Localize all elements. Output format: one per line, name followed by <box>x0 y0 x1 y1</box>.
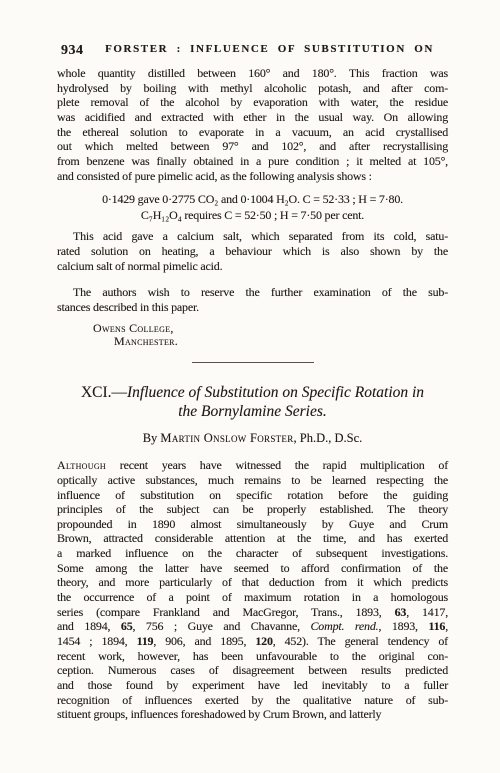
text-line: C₇H₁₂O₄ requires C = 52·50 ; H = 7·50 pe… <box>57 208 448 224</box>
text-line: and consisted of pure pimelic acid, as t… <box>57 169 448 184</box>
text-line: was acidified and extracted with ether i… <box>57 110 448 125</box>
text-line: The authors wish to reserve the further … <box>57 285 448 300</box>
text-segment: recent years have witnessed the rapid mu… <box>106 458 448 472</box>
text-line: Although recent years have witnessed the… <box>57 458 448 473</box>
text-line: recent work, however, has been unfavoura… <box>57 649 448 664</box>
text-segment: ception. Numerous cases of disagreement … <box>57 663 448 677</box>
text-segment: series (compare Frankland and MacGregor,… <box>57 605 395 619</box>
text-line: stances described in this paper. <box>57 300 448 315</box>
text-line: whole quantity distilled between 160° an… <box>57 66 448 81</box>
text-segment: 0·1429 gave 0·2775 CO₂ and 0·1004 H₂O. C… <box>102 192 403 206</box>
text-segment: 63 <box>395 605 407 619</box>
text-segment: the Bornylamine Series. <box>178 403 327 420</box>
text-line: recognition of influences exerted by the… <box>57 693 448 708</box>
text-line: This acid gave a calcium salt, which sep… <box>57 229 448 244</box>
text-line: hydrolysed by boiling with methyl alcoho… <box>57 81 448 96</box>
text-line: the occurrence of a point of maximum rot… <box>57 590 448 605</box>
page-header: 934 FORSTER : INFLUENCE OF SUBSTITUTION … <box>57 43 448 59</box>
text-segment: , 906, and 1895, <box>153 634 255 648</box>
paragraph-authors-note: The authors wish to reserve the further … <box>57 285 448 314</box>
text-segment: the ethereal solution to evaporate in a … <box>57 125 448 139</box>
text-segment: Although <box>57 458 106 472</box>
text-line: Brown, attracted considerable attention … <box>57 531 448 546</box>
text-segment: Compt. rend. <box>311 619 379 633</box>
analysis-block: 0·1429 gave 0·2775 CO₂ and 0·1004 H₂O. C… <box>57 192 448 223</box>
text-segment: recognition of influences exerted by the… <box>57 693 448 707</box>
article-title: XCI.—Influence of Substitution on Specif… <box>57 383 448 421</box>
text-segment: the occurrence of a point of maximum rot… <box>57 590 448 604</box>
text-line: stituent groups, influences foreshadowed… <box>57 707 448 722</box>
paragraph-continuation: whole quantity distilled between 160° an… <box>57 66 448 183</box>
text-segment: influence of substitution on specific ro… <box>57 488 448 502</box>
text-segment: 1454 ; 1894, <box>57 634 137 648</box>
text-segment: 65 <box>121 619 133 633</box>
text-segment: , 1417, <box>406 605 448 619</box>
text-segment: and consisted of pure pimelic acid, as t… <box>57 169 372 183</box>
text-segment: C₇H₁₂O₄ requires C = 52·50 ; H = 7·50 pe… <box>141 208 364 222</box>
text-line: ception. Numerous cases of disagreement … <box>57 663 448 678</box>
text-segment: from benzene was finally obtained in a p… <box>57 154 448 168</box>
text-segment: was acidified and extracted with ether i… <box>57 110 448 124</box>
text-segment: and those found by experiment have led i… <box>57 678 448 692</box>
text-line: the Bornylamine Series. <box>57 402 448 421</box>
text-segment: 116 <box>428 619 445 633</box>
institution-city: Manchester. <box>57 335 448 349</box>
text-line: optically active substances, much remain… <box>57 473 448 488</box>
paragraph-introduction: Although recent years have witnessed the… <box>57 458 448 722</box>
text-segment: optically active substances, much remain… <box>57 473 448 487</box>
text-segment: calcium salt of normal pimelic acid. <box>57 259 222 273</box>
text-segment: The authors wish to reserve the further … <box>73 285 448 299</box>
text-line: a marked influence on the character of s… <box>57 546 448 561</box>
text-block: whole quantity distilled between 160° an… <box>57 66 448 722</box>
section-divider-rule <box>192 362 314 363</box>
text-segment: XCI.— <box>81 384 127 401</box>
text-line: the ethereal solution to evaporate in a … <box>57 125 448 140</box>
text-segment: theory, and more particularly of that de… <box>57 575 448 589</box>
text-segment: whole quantity distilled between 160° an… <box>57 66 448 80</box>
text-segment: recent work, however, has been unfavoura… <box>57 649 448 663</box>
text-segment: out which melted between 97° and 102°, a… <box>57 139 448 153</box>
text-segment: plete removal of the alcohol by evaporat… <box>57 95 448 109</box>
text-line: influence of substitution on specific ro… <box>57 488 448 503</box>
text-segment: , <box>445 619 448 633</box>
text-line: XCI.—Influence of Substitution on Specif… <box>57 383 448 402</box>
text-line: from benzene was finally obtained in a p… <box>57 154 448 169</box>
text-segment: Some among the latter have seemed to aff… <box>57 561 448 575</box>
text-line: principles of the subject can be properl… <box>57 502 448 517</box>
text-segment: 120 <box>255 634 272 648</box>
text-segment: Martin Onslow Forster <box>160 431 293 445</box>
running-title: FORSTER : INFLUENCE OF SUBSTITUTION ON <box>57 43 448 55</box>
signature-block: Owens College, Manchester. <box>57 322 448 349</box>
text-segment: a marked influence on the character of s… <box>57 546 448 560</box>
text-segment: Influence of Substitution on Specific Ro… <box>127 384 424 401</box>
text-segment: stituent groups, influences foreshadowed… <box>57 707 381 721</box>
text-segment: rated solution on heating, a behaviour w… <box>57 244 448 258</box>
text-line: theory, and more particularly of that de… <box>57 575 448 590</box>
text-line: propounded in 1890 almost simultaneously… <box>57 517 448 532</box>
text-segment: By <box>143 431 161 445</box>
text-segment: hydrolysed by boiling with methyl alcoho… <box>57 81 448 95</box>
text-line: Some among the latter have seemed to aff… <box>57 561 448 576</box>
text-segment: This acid gave a calcium salt, which sep… <box>73 229 448 243</box>
text-segment: , 1893, <box>378 619 428 633</box>
article-byline: By Martin Onslow Forster, Ph.D., D.Sc. <box>57 431 448 446</box>
page-number: 934 <box>61 43 84 59</box>
paragraph-calcium-salt: This acid gave a calcium salt, which sep… <box>57 229 448 273</box>
text-segment: , Ph.D., D.Sc. <box>294 431 363 445</box>
text-segment: , 756 ; Guye and Chavanne, <box>133 619 311 633</box>
institution-name: Owens College, <box>57 322 448 336</box>
text-line: plete removal of the alcohol by evaporat… <box>57 95 448 110</box>
text-segment: propounded in 1890 almost simultaneously… <box>57 517 448 531</box>
text-line: out which melted between 97° and 102°, a… <box>57 139 448 154</box>
text-line: By Martin Onslow Forster, Ph.D., D.Sc. <box>57 431 448 446</box>
text-segment: stances described in this paper. <box>57 300 199 314</box>
text-segment: principles of the subject can be properl… <box>57 502 448 516</box>
text-line: calcium salt of normal pimelic acid. <box>57 259 448 274</box>
text-segment: , 452). The general tendency of <box>273 634 448 648</box>
text-line: and 1894, 65, 756 ; Guye and Chavanne, C… <box>57 619 448 634</box>
text-line: 1454 ; 1894, 119, 906, and 1895, 120, 45… <box>57 634 448 649</box>
journal-page: 934 FORSTER : INFLUENCE OF SUBSTITUTION … <box>0 0 500 773</box>
text-segment: Brown, attracted considerable attention … <box>57 531 448 545</box>
text-line: and those found by experiment have led i… <box>57 678 448 693</box>
text-line: rated solution on heating, a behaviour w… <box>57 244 448 259</box>
text-line: series (compare Frankland and MacGregor,… <box>57 605 448 620</box>
text-segment: and 1894, <box>57 619 121 633</box>
text-line: 0·1429 gave 0·2775 CO₂ and 0·1004 H₂O. C… <box>57 192 448 208</box>
text-segment: 119 <box>137 634 154 648</box>
